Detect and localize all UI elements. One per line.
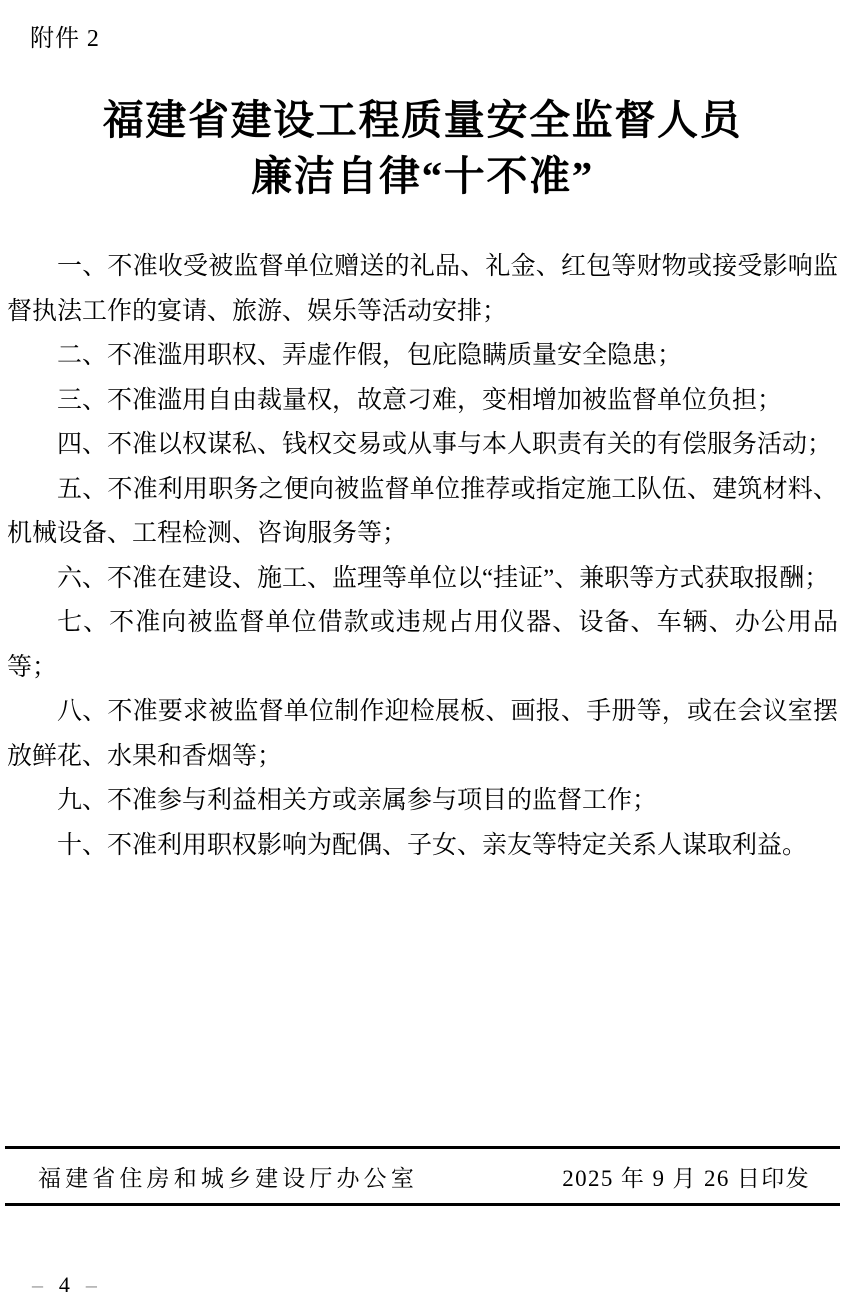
page-number-left-dash: – [32, 1272, 45, 1297]
rule-item-2: 二、不准滥用职权、弄虚作假，包庇隐瞒质量安全隐患； [7, 334, 838, 379]
page-number-value: 4 [53, 1272, 78, 1297]
rule-item-1: 一、不准收受被监督单位赠送的礼品、礼金、红包等财物或接受影响监督执法工作的宴请、… [7, 245, 838, 334]
rule-item-10: 十、不准利用职权影响为配偶、子女、亲友等特定关系人谋取利益。 [7, 824, 838, 869]
rule-item-9: 九、不准参与利益相关方或亲属参与项目的监督工作； [7, 779, 838, 824]
print-date-label: 2025 年 9 月 26 日印发 [562, 1160, 810, 1193]
document-page: 附件 2 福建省建设工程质量安全监督人员 廉洁自律“十不准” 一、不准收受被监督… [0, 0, 845, 1310]
page-number-right-dash: – [86, 1272, 99, 1297]
page-number: – 4 – [32, 1272, 99, 1298]
rule-item-8: 八、不准要求被监督单位制作迎检展板、画报、手册等，或在会议室摆放鲜花、水果和香烟… [7, 690, 838, 779]
attachment-label: 附件 2 [30, 18, 100, 53]
document-title-line2: 廉洁自律“十不准” [0, 148, 845, 204]
document-title-line1: 福建省建设工程质量安全监督人员 [0, 92, 845, 148]
rule-item-6: 六、不准在建设、施工、监理等单位以“挂证”、兼职等方式获取报酬； [7, 557, 838, 602]
rule-item-7: 七、不准向被监督单位借款或违规占用仪器、设备、车辆、办公用品等； [7, 601, 838, 690]
issuer-office-label: 福建省住房和城乡建设厅办公室 [38, 1160, 418, 1193]
document-body: 一、不准收受被监督单位赠送的礼品、礼金、红包等财物或接受影响监督执法工作的宴请、… [7, 245, 838, 868]
document-title: 福建省建设工程质量安全监督人员 廉洁自律“十不准” [0, 92, 845, 204]
rule-item-4: 四、不准以权谋私、钱权交易或从事与本人职责有关的有偿服务活动； [7, 423, 838, 468]
rule-item-3: 三、不准滥用自由裁量权，故意刁难，变相增加被监督单位负担； [7, 379, 838, 424]
issuance-footer: 福建省住房和城乡建设厅办公室 2025 年 9 月 26 日印发 [5, 1146, 840, 1206]
rule-item-5: 五、不准利用职务之便向被监督单位推荐或指定施工队伍、建筑材料、机械设备、工程检测… [7, 468, 838, 557]
